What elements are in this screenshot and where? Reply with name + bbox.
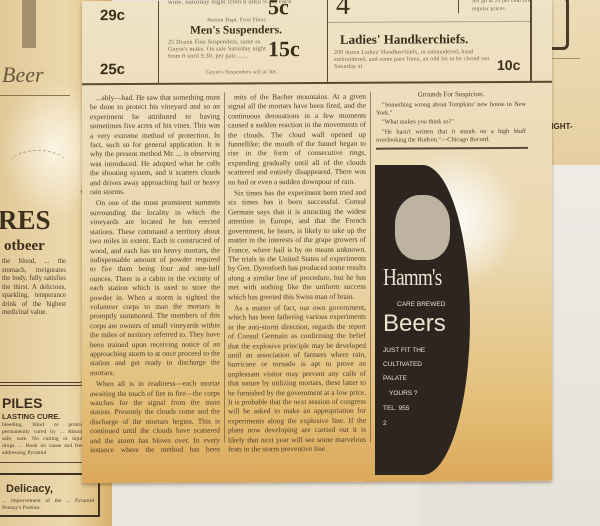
aside-text: All go at 25 per cent low regular prices… (472, 0, 532, 13)
price-29c: 29c (100, 7, 125, 24)
paragraph: "What makes you think so?" (376, 118, 526, 127)
sidebar-title: Grounds For Suspicion. (376, 91, 526, 100)
handkerchiefs-title: Ladies' Handkerchiefs. (340, 31, 468, 48)
sidebar-item: Grounds For Suspicion. "Something wrong … (376, 91, 526, 147)
divider (327, 21, 532, 23)
box-border (530, 0, 532, 81)
sunburst-illustration (8, 150, 68, 181)
column-rule (224, 92, 225, 442)
bottle-illustration (22, 0, 36, 48)
handkerchiefs-body: 200 dozen Ladies' Handkerchiefs, in unla… (334, 49, 494, 71)
drinking-man-illustration (395, 195, 450, 260)
divider (0, 95, 70, 96)
paragraph: When all is in readiness—each mortar awa… (90, 379, 220, 453)
article-column-1: ...ably—had. He saw that something must … (90, 93, 220, 454)
column-rule (327, 0, 328, 82)
hamms-line: JUST FIT THE (383, 347, 425, 354)
suspenders-footnote: Guyot's Suspenders sell at 50c. (172, 68, 312, 77)
piles-body: bleeding, blind or protruding permanentl… (2, 422, 92, 457)
hamms-brand: Hamm's (383, 265, 441, 292)
hamms-line: CULTIVATED (383, 361, 422, 368)
hamms-line: 2 (383, 420, 387, 427)
column-rule (458, 0, 459, 13)
paragraph: mits of the Bacher mountains. At a given… (228, 92, 366, 187)
paragraph: As a matter of fact, our own government,… (228, 303, 366, 453)
hamms-phone: TEL. 955 (383, 405, 409, 412)
delicacy-body: ... improvement of the ... Pyramid Penns… (2, 498, 94, 512)
hamms-product: Beers (383, 310, 446, 338)
main-clipping: 29c 25c wide. Saturday night from 8 unti… (82, 0, 552, 483)
suspenders-body: 25 Dozen Fine Suspenders, same as Guyot'… (168, 39, 268, 61)
article-column-2: mits of the Bacher mountains. At a given… (228, 92, 366, 453)
price-25c: 25c (100, 61, 125, 78)
paragraph: On one of the most prominent summits sur… (90, 198, 220, 377)
suspenders-price: 15c (268, 36, 300, 62)
paragraph: ...ably—had. He saw that something must … (90, 93, 220, 197)
hamms-beer-ad: Hamm's CARE BREWED Beers JUST FIT THE CU… (375, 165, 470, 475)
column-rule (370, 92, 371, 442)
hamms-line: PALATE (383, 375, 407, 382)
ornate-border (0, 190, 86, 386)
suspenders-title: Men's Suspenders. (190, 24, 282, 36)
beer-script-logo: Beer (2, 62, 44, 88)
column-rule (158, 1, 159, 83)
paragraph: Six times has the experiment been tried … (228, 188, 366, 302)
hamms-tagline: CARE BREWED (397, 301, 445, 308)
piles-subtitle: LASTING CURE. (2, 412, 60, 421)
delicacy-title: Delicacy, (6, 483, 53, 495)
handkerchiefs-price: 10c (497, 57, 520, 73)
heavy-rule (82, 81, 552, 85)
piles-title: PILES (2, 395, 42, 411)
paragraph: "Something wrong about Tompkins' new hou… (376, 101, 526, 117)
hamms-line: YOURS ? (389, 390, 418, 397)
paragraph: "He hasn't written that it stands on a h… (376, 128, 526, 144)
big-number: 4 (336, 0, 350, 22)
